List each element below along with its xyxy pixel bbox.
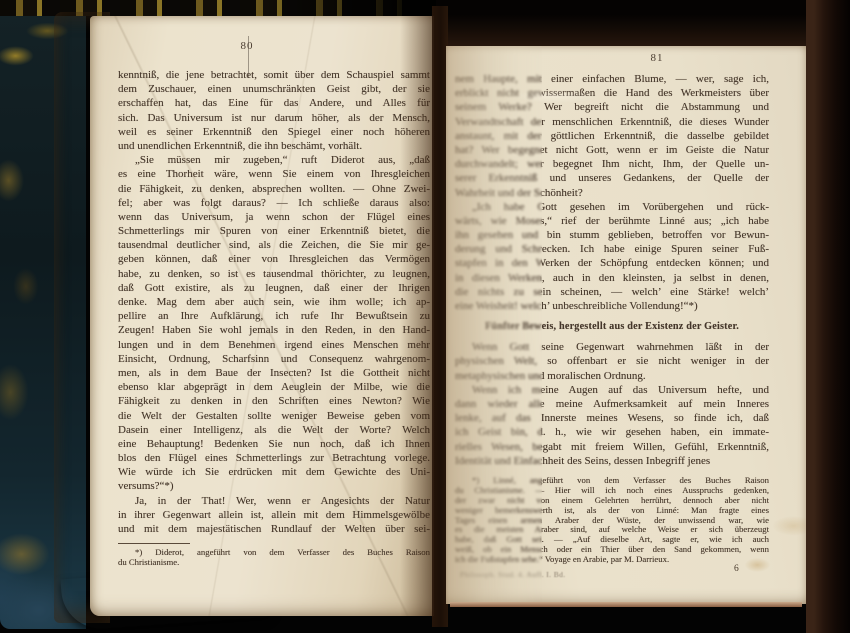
text-line: „Sie müssen mir zugeben,“ ruft Diderot a… [118,153,430,167]
text-line: eine Behauptung! Bedenken Sie nun noch, … [118,437,430,451]
text-line: geben können, daß einer von Ihresgleiche… [118,252,430,266]
left-page-footnote: *) Diderot, angeführt von dem Verfasser … [118,548,430,568]
right-page-under-edge [450,602,802,607]
text-line: habe, zu denken, so ist es tausendmal th… [118,267,430,281]
gutter-blur-fade [446,46,542,604]
text-line: die Welt der Gestalten sollte weniger Be… [118,409,430,423]
text-line: versums?“*) [118,479,430,493]
text-line: Einsicht, Ordnung, Scharfsinn und Conseq… [118,352,430,366]
text-line: wenn das Universum, ja wenn schon der Fl… [118,210,430,224]
footnote-rule [118,543,190,544]
text-line: kenntniß, die jene betrachtet, somit übe… [118,68,430,82]
left-page-number: 80 [90,40,404,52]
book-scan: 80 kenntniß, die jene betrachtet, somit … [0,0,850,633]
text-line: du Christianisme. [118,558,430,568]
text-line: Wie würde ich Sie erdrücken mit dem Gewi… [118,465,430,479]
text-line: und unendlichen Erkenntniß, die ihn besc… [118,139,430,153]
text-line: blos den Flügel eines Schmetterlings zur… [118,451,430,465]
text-line: die Fähigkeit, zu denken, absprechen wol… [118,182,430,196]
text-line: Dasein einer Intelligenz, als die Welt d… [118,423,430,437]
text-line: Ja, in der That! Wer, wenn er Angesichts… [118,494,430,508]
left-page: 80 kenntniß, die jene betrachtet, somit … [90,16,434,616]
text-line: weil es seiner Erkenntniß den Spiegel ei… [118,125,430,139]
cover-right-edge [806,0,850,633]
text-line: dem Zuschauer, einen unumschränkten Geis… [118,82,430,96]
text-line: lungen und in dem Benehmen irgend eines … [118,338,430,352]
text-line: es eine Thorheit wäre, wenn Sie einem vo… [118,167,430,181]
gutter-shadow [400,16,434,616]
text-line: tausendmal deutlicher sind, als die Zeic… [118,238,430,252]
text-line: Fähigkeit zu denken in den Schriften ein… [118,394,430,408]
text-line: Schmetterlings mir Spuren von einer Erke… [118,224,430,238]
right-page: 81 nem Haupte, mit einer einfachen Blume… [446,46,809,604]
right-page-number: 81 [506,52,808,64]
text-line: Zeugen! Haben Sie wohl jemals in den Red… [118,323,430,337]
text-line: in ihrer Gegenwart allein ist, allein mi… [118,508,430,522]
text-line: daß Gott existire, als zu leugnen, daß e… [118,281,430,295]
text-line: denke. Mag dem aber auch sein, wie ihm w… [118,295,430,309]
text-line: sich. Das Universum ist nur darum höher,… [118,111,430,125]
left-page-body-text: kenntniß, die jene betrachtet, somit übe… [118,68,430,536]
text-line: erschaffen hat, das Eine für das Andere,… [118,96,430,110]
text-line: men, als in dem Baue der Insecten? Ist d… [118,366,430,380]
text-line: ebenso klar abgeprägt in dem Aeuglein de… [118,380,430,394]
text-line: und mit dem majestätischen Rundlauf der … [118,522,430,536]
sheet-number: 6 [734,564,739,574]
text-line: pellire an Ihre Aufklärung, ich rufe Ihr… [118,309,430,323]
text-line: fel; aber was folgt daraus? — Ich schlie… [118,196,430,210]
binding-shadow-top [436,0,850,50]
